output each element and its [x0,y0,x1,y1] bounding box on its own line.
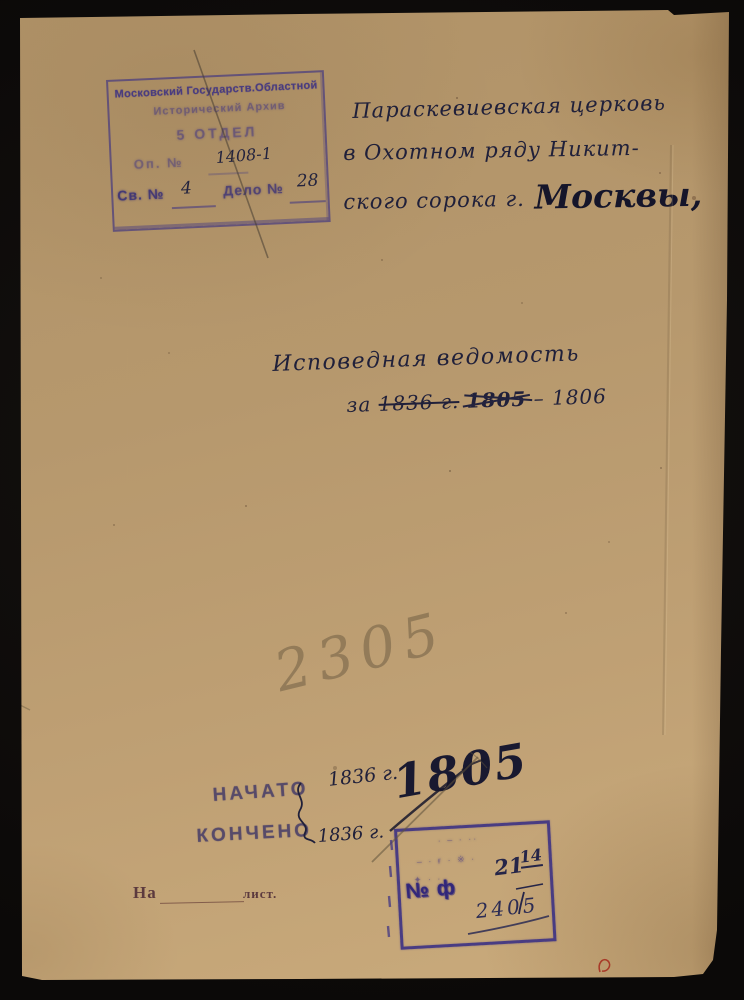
stamp-svyazka-label: Св. № [117,185,165,203]
sheets-na-label: На [133,883,157,903]
registration-stamp-faint-row: – · ғ · ※ · [417,853,477,867]
title-line2: в Охотном ряду Никит- [343,136,640,165]
stamp-delo-label: Дело № [223,180,284,199]
stamp-underline [208,172,248,175]
red-mark [599,960,609,972]
title-city: Москвы, [534,175,702,217]
title-line3-g: г. [505,187,525,211]
subtitle-za: за [346,392,372,417]
sheets-list-label: лист. [243,886,277,902]
title-line1: Параскевиевская церковь [352,91,666,123]
paper-crease-highlight [665,145,673,735]
started-stamp: НАЧАТО [212,778,309,807]
paper-speckles [0,0,2,2]
stamp-archive-name-line1: Московский Государств.Областной [114,79,317,100]
stamp-department: 5 ОТДЕЛ [176,123,258,143]
registration-stamp: · – · ·· – · ғ · ※ · ✦ · · № ф 21 14 240… [394,820,557,950]
year-1836-struck: 1836 г. [378,389,460,416]
folder-cover-paper: Московский Государств.Областной Историче… [0,0,744,1000]
delo-number-2405: 2405 [474,892,539,923]
pencil-tick [20,705,30,710]
started-year: 1836 г. [327,762,399,791]
stamp-archive-name-line2: Исторический Архив [153,100,286,118]
scanned-archive-cover: Московский Государств.Областной Историче… [0,0,744,1000]
subtitle-years: за 1836 г. 1805 – 1806 [346,384,607,417]
fond-number-superscript: 14 [519,845,544,869]
subtitle-line1: Исповедная ведомость [272,341,580,377]
pencil-number: 2305 [268,600,453,705]
registration-stamp-faint-row: · – · ·· [437,833,478,845]
year-final: – 1806 [533,384,607,411]
stamp-inventory-label: Оп. № [134,155,184,172]
sheets-blank-line [160,901,244,904]
stamp-underline [290,200,326,203]
title-line3-start: ского сорока [343,187,498,214]
stamp-delo-value: 28 [296,170,319,191]
finished-year: 1836 г. [317,821,385,847]
stamp-underline [172,205,216,208]
stamp-inventory-value: 1408-1 [215,144,273,167]
title-line3: ского сорока г. Москвы, [343,172,700,217]
stamp-edge-marks [388,840,392,937]
year-1805-struck: 1805 [466,387,526,413]
stamp-fond-label: № ф [404,876,457,904]
stamp-svyazka-value: 4 [181,178,193,198]
finished-stamp: КОНЧЕНО [196,820,313,848]
paper-crease [663,145,671,735]
corrected-year-1805: 1805 [389,732,532,809]
archive-stamp: Московский Государств.Областной Историче… [106,70,331,232]
